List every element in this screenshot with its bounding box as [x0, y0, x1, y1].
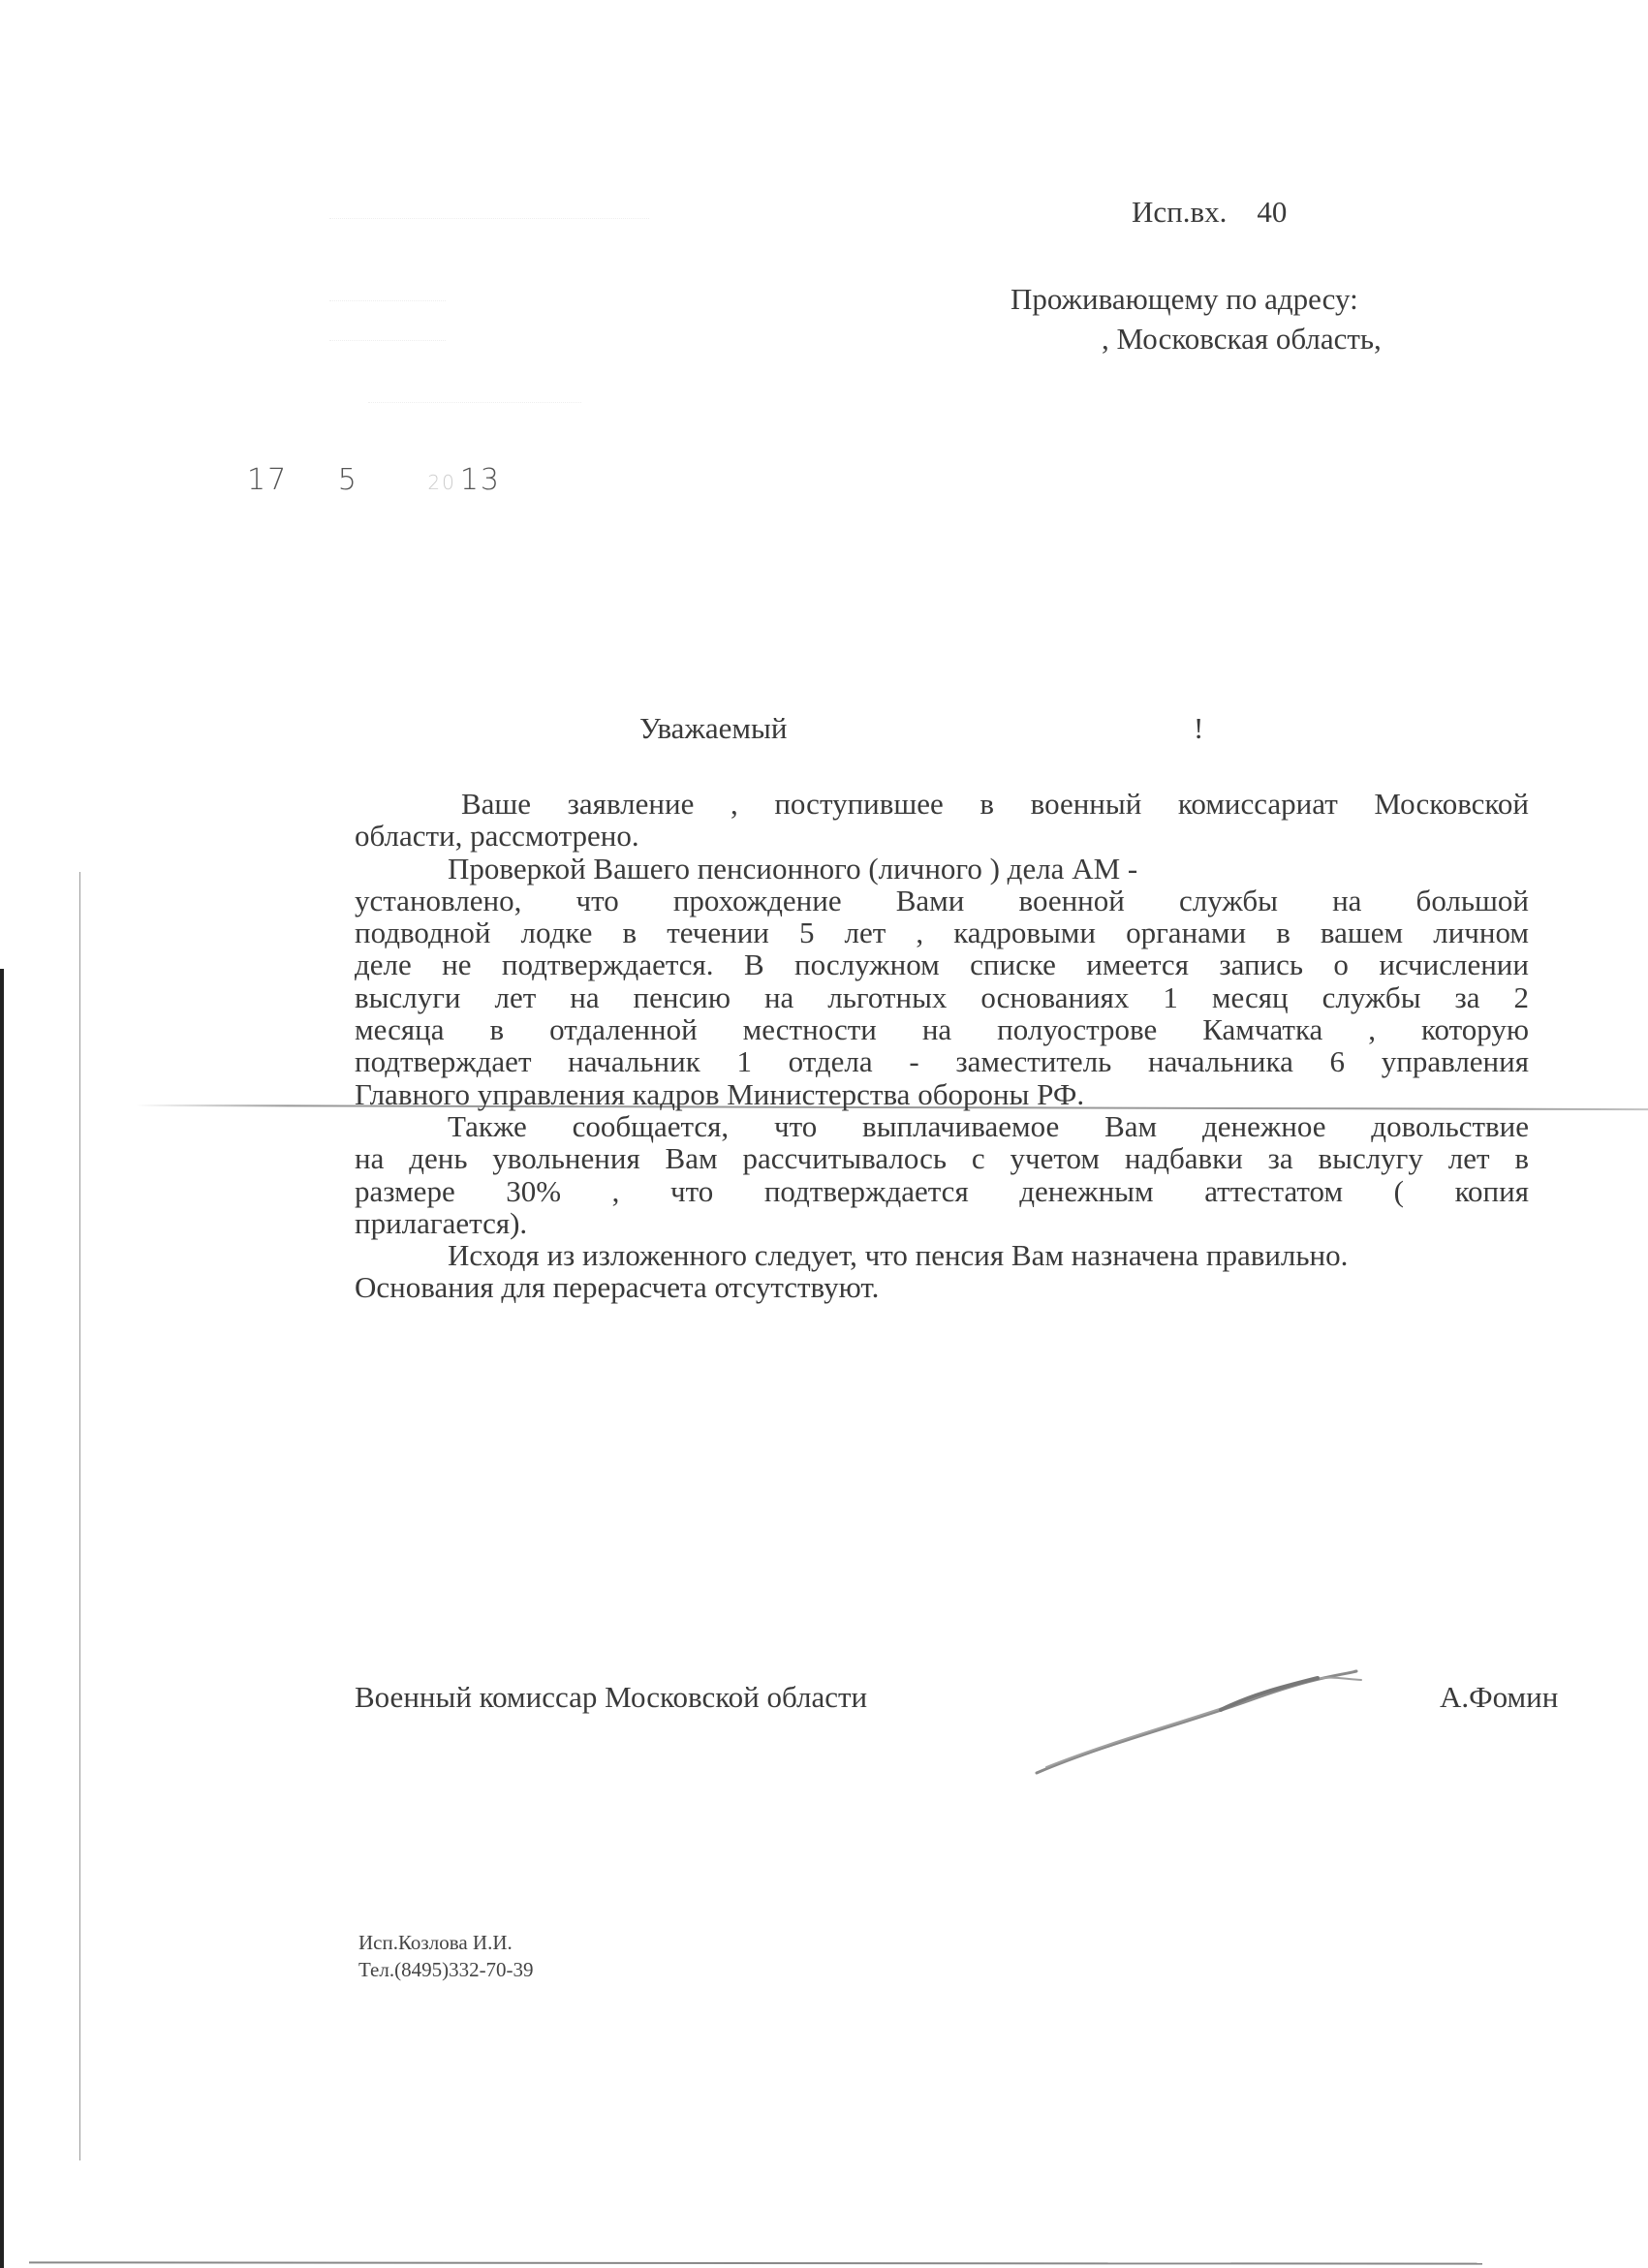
letter-page: Исп.вх. 40 Проживающему по адресу: , Мос…: [0, 0, 1648, 2268]
body-line: установлено, что прохождение Вами военно…: [355, 885, 1529, 917]
body-line: деле не подтверждается. В послужном спис…: [355, 948, 1529, 980]
body-line: Главного управления кадров Министерства …: [355, 1078, 1529, 1110]
body-line: Также сообщается, что выплачиваемое Вам …: [355, 1110, 1529, 1142]
body-line: размере 30% , что подтверждается денежны…: [355, 1175, 1529, 1207]
scan-margin-line: [79, 872, 80, 2160]
date-day: 17: [247, 463, 288, 497]
faded-letterhead-block: [329, 300, 446, 341]
body-line: Основания для перерасчета отсутствуют.: [355, 1271, 1529, 1303]
body-line: подтверждает начальник 1 отдела - замест…: [355, 1045, 1529, 1077]
body-line: области, рассмотрено.: [355, 820, 1529, 852]
date-month: 5: [338, 463, 358, 497]
reference-label: Исп.вх.: [1132, 195, 1227, 229]
signatory-title: Военный комиссар Московской области: [355, 1676, 867, 1719]
scan-bottom-edge: [29, 2261, 1482, 2264]
body-line: выслуги лет на пенсию на льготных основа…: [355, 981, 1529, 1013]
date-year-suffix: 13: [460, 463, 501, 497]
body-line: Проверкой Вашего пенсионного (личного ) …: [355, 853, 1529, 885]
faded-letterhead-line: [368, 402, 581, 403]
body-line: Ваше заявление , поступившее в военный к…: [355, 788, 1529, 820]
date-year-prefix: 20: [427, 471, 455, 494]
reference-number: 40: [1257, 195, 1287, 229]
recipient-address-label: Проживающему по адресу:: [1011, 278, 1358, 321]
body-line: месяца в отдаленной местности на полуост…: [355, 1013, 1529, 1045]
scan-edge-shadow: [0, 969, 4, 2268]
executor-name: Исп.Козлова И.И.: [358, 1931, 513, 1955]
executor-phone: Тел.(8495)332-70-39: [358, 1958, 534, 1982]
body-line: на день увольнения Вам рассчитывалось с …: [355, 1142, 1529, 1174]
handwritten-date: 17 5 2013: [247, 463, 501, 497]
handwritten-signature-icon: [1027, 1666, 1376, 1783]
salutation: Уважаемый: [639, 707, 787, 750]
signatory-name: А.Фомин: [1440, 1676, 1558, 1719]
body-line: прилагается).: [355, 1207, 1529, 1239]
incoming-reference: Исп.вх. 40: [1132, 191, 1287, 233]
body-line: подводной лодке в течении 5 лет , кадров…: [355, 917, 1529, 948]
faded-letterhead: [329, 218, 649, 219]
salutation-exclamation: !: [1194, 707, 1203, 750]
letter-body: Ваше заявление , поступившее в военный к…: [355, 788, 1529, 1304]
recipient-address-line: , Московская область,: [1102, 318, 1382, 360]
body-line: Исходя из изложенного следует, что пенси…: [355, 1239, 1529, 1271]
